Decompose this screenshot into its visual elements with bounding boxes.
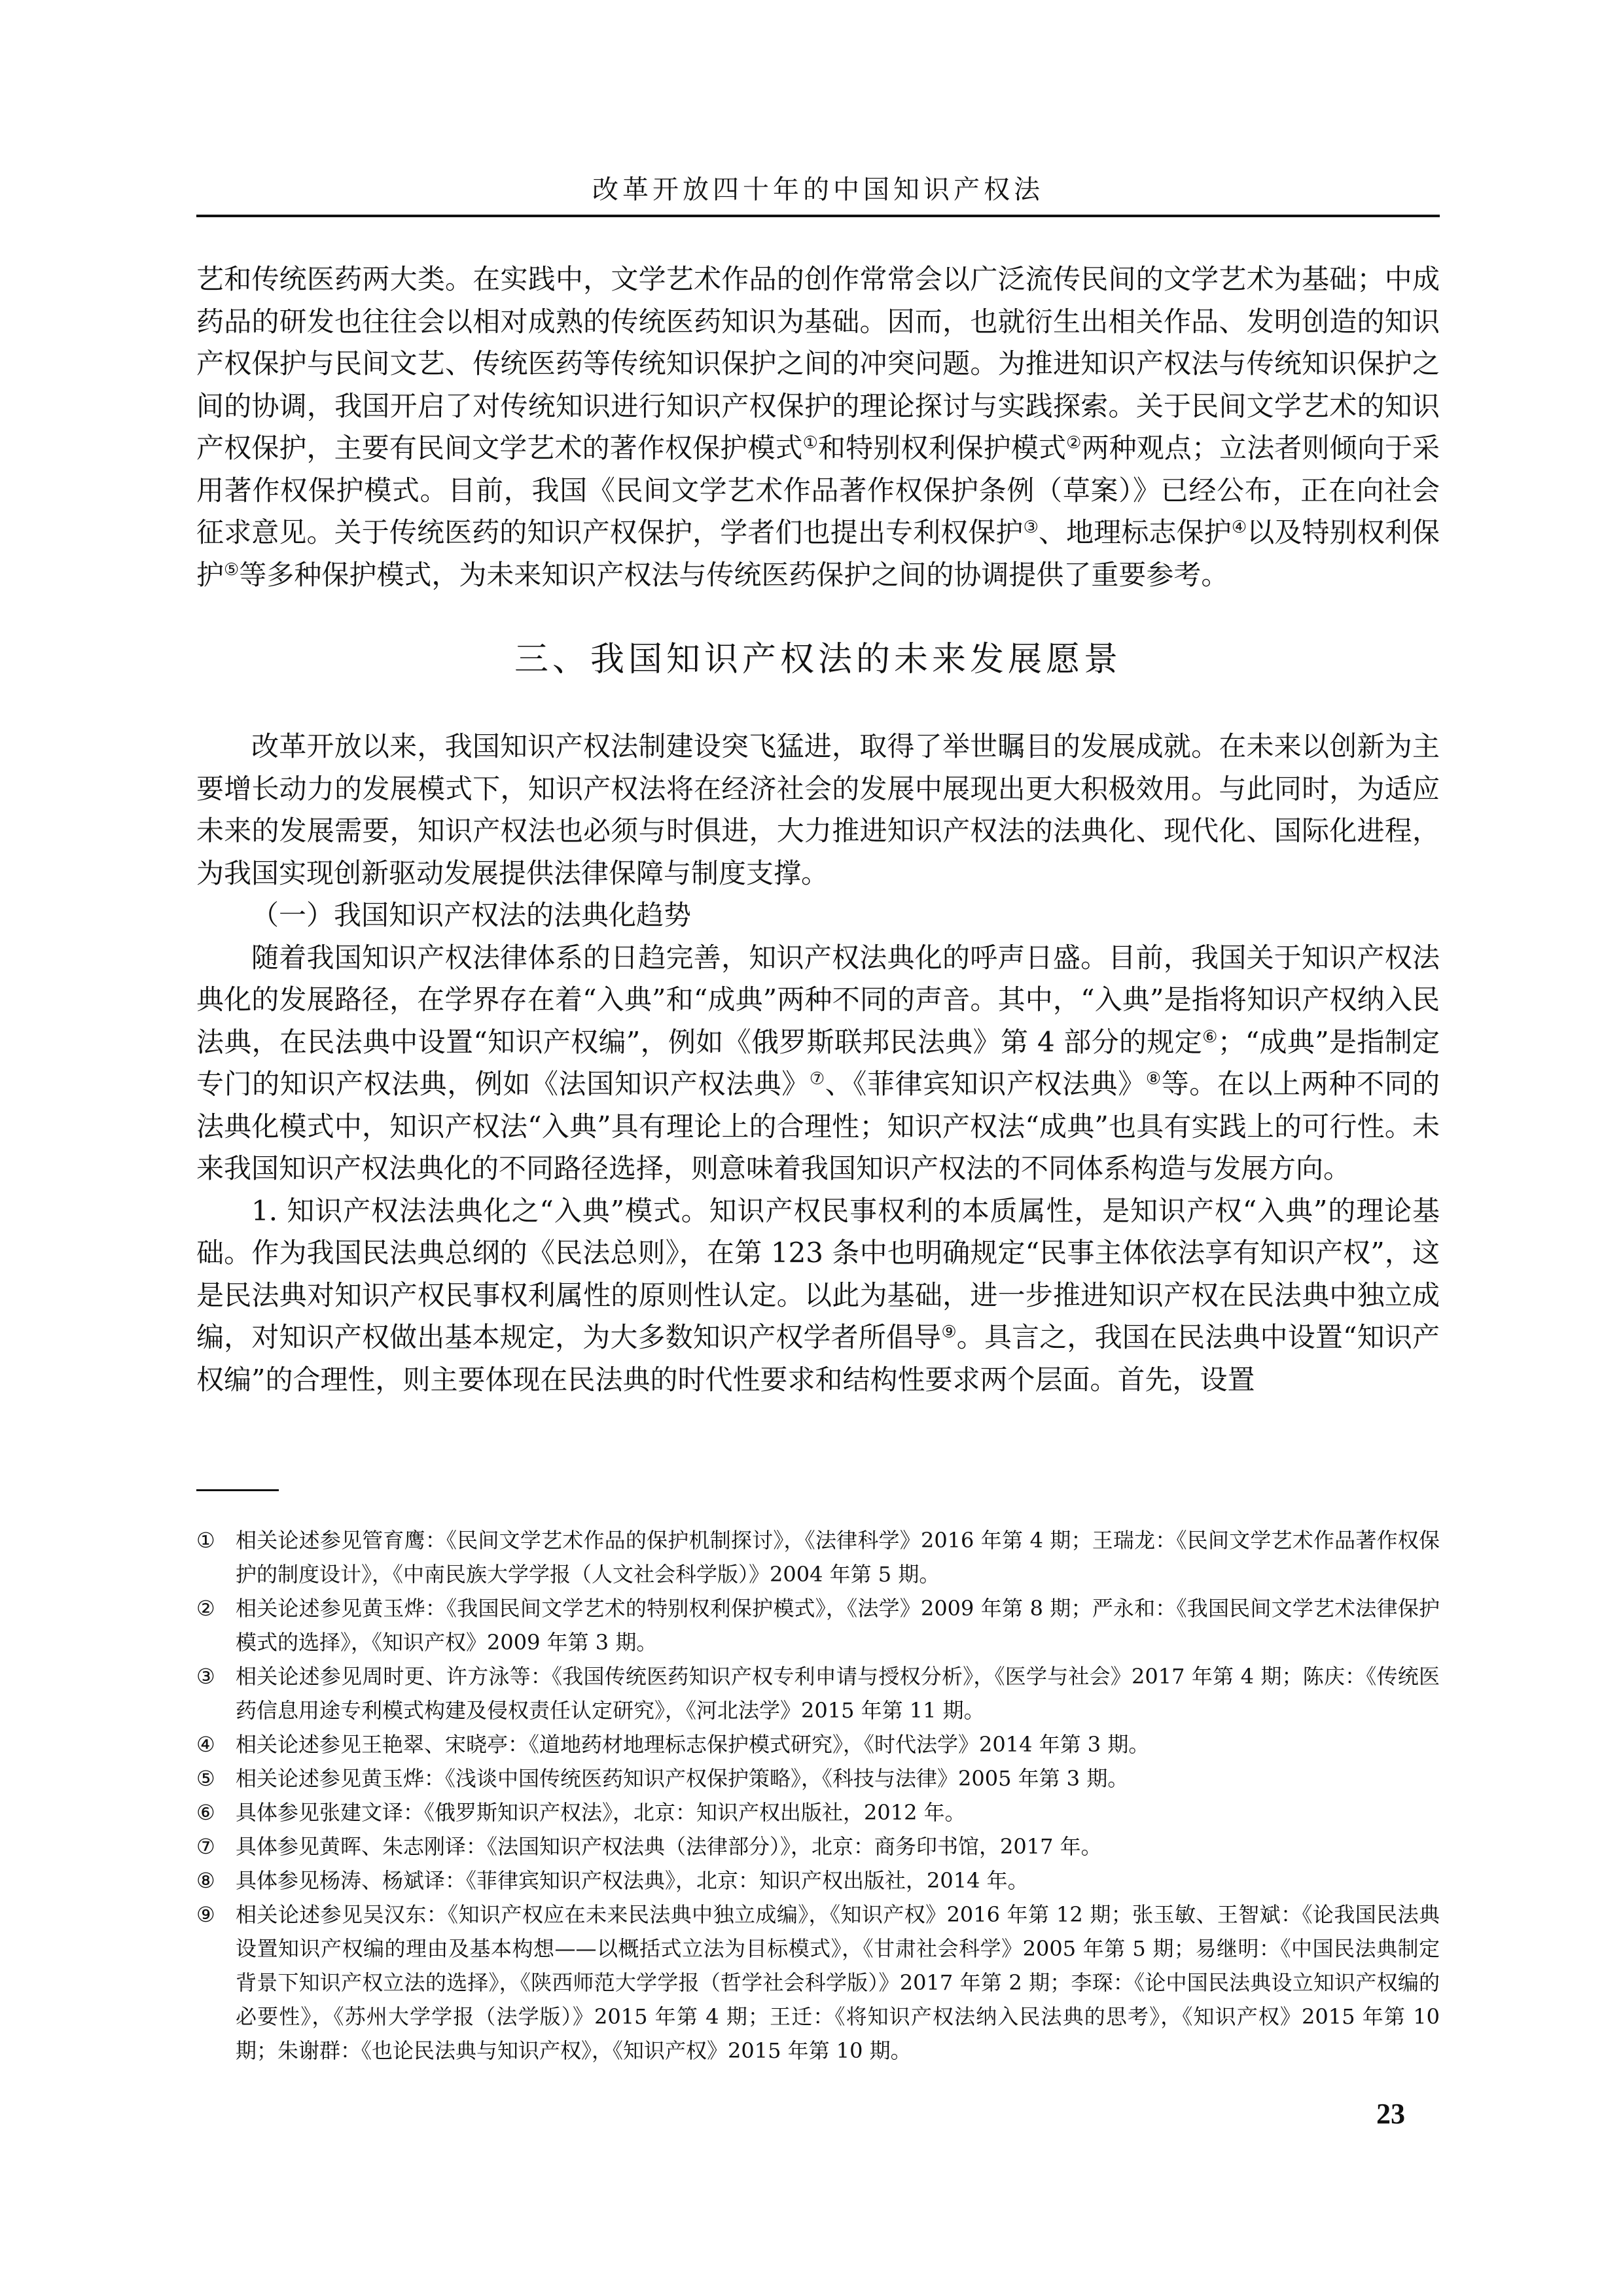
- paragraph-intro: 改革开放以来，我国知识产权法制建设突飞猛进，取得了举世瞩目的发展成就。在未来以创…: [196, 726, 1440, 894]
- footnote-ref-4[interactable]: ④: [1232, 518, 1247, 537]
- paragraph-civil-code-mode: 1. 知识产权法法典化之“入典”模式。知识产权民事权利的本质属性，是知识产权“入…: [196, 1190, 1440, 1402]
- text-run: 、地理标志保护: [1039, 516, 1232, 548]
- footnote-number: ⑧: [196, 1863, 236, 1898]
- footnote-number: ①: [196, 1523, 236, 1591]
- footnote-ref-5[interactable]: ⑤: [224, 560, 239, 580]
- footnote-item: ⑨相关论述参见吴汉东：《知识产权应在未来民法典中独立成编》，《知识产权》2016…: [196, 1898, 1440, 2068]
- footnote-ref-9[interactable]: ⑨: [941, 1322, 956, 1342]
- footnote-number: ②: [196, 1591, 236, 1659]
- footnote-ref-8[interactable]: ⑧: [1146, 1069, 1162, 1089]
- footnote-number: ③: [196, 1659, 236, 1727]
- footnote-number: ⑨: [196, 1898, 236, 2068]
- header-rule: [196, 215, 1440, 217]
- section-heading: 三、我国知识产权法的未来发展愿景: [196, 637, 1440, 682]
- text-run: 和特别权利保护模式: [818, 432, 1066, 464]
- footnote-text: 具体参见黄晖、朱志刚译：《法国知识产权法典（法律部分）》，北京：商务印书馆，20…: [236, 1829, 1440, 1863]
- text-run: 等多种保护模式，为未来知识产权法与传统医药保护之间的协调提供了重要参考。: [239, 559, 1228, 591]
- footnote-text: 相关论述参见吴汉东：《知识产权应在未来民法典中独立成编》，《知识产权》2016 …: [236, 1898, 1440, 2068]
- footnote-text: 具体参见杨涛、杨斌译：《菲律宾知识产权法典》，北京：知识产权出版社，2014 年…: [236, 1863, 1440, 1898]
- page-number: 23: [1376, 2097, 1405, 2130]
- footnote-item: ④相关论述参见王艳翠、宋晓亭：《道地药材地理标志保护模式研究》，《时代法学》20…: [196, 1727, 1440, 1761]
- footnote-item: ⑧具体参见杨涛、杨斌译：《菲律宾知识产权法典》，北京：知识产权出版社，2014 …: [196, 1863, 1440, 1898]
- text-run: 、《菲律宾知识产权法典》: [825, 1068, 1146, 1100]
- footnote-ref-6[interactable]: ⑥: [1202, 1027, 1218, 1047]
- footnote-number: ⑤: [196, 1761, 236, 1795]
- footnote-text: 相关论述参见周时更、许方泳等：《我国传统医药知识产权专利申请与授权分析》，《医学…: [236, 1659, 1440, 1727]
- footnote-item: ⑥具体参见张建文译：《俄罗斯知识产权法》，北京：知识产权出版社，2012 年。: [196, 1795, 1440, 1829]
- footnote-item: ⑦具体参见黄晖、朱志刚译：《法国知识产权法典（法律部分）》，北京：商务印书馆，2…: [196, 1829, 1440, 1863]
- running-head-title: 改革开放四十年的中国知识产权法: [196, 169, 1440, 206]
- footnote-ref-2[interactable]: ②: [1066, 433, 1081, 453]
- footnote-ref-7[interactable]: ⑦: [810, 1069, 825, 1089]
- footnote-item: ①相关论述参见管育鹰：《民间文学艺术作品的保护机制探讨》，《法律科学》2016 …: [196, 1523, 1440, 1591]
- subsection-heading: （一）我国知识产权法的法典化趋势: [196, 894, 1440, 937]
- footnote-text: 具体参见张建文译：《俄罗斯知识产权法》，北京：知识产权出版社，2012 年。: [236, 1795, 1440, 1829]
- footnote-ref-3[interactable]: ③: [1024, 518, 1039, 537]
- footnote-text: 相关论述参见黄玉烨：《浅谈中国传统医药知识产权保护策略》，《科技与法律》2005…: [236, 1761, 1440, 1795]
- footnote-text: 相关论述参见王艳翠、宋晓亭：《道地药材地理标志保护模式研究》，《时代法学》201…: [236, 1727, 1440, 1761]
- footnote-text: 相关论述参见管育鹰：《民间文学艺术作品的保护机制探讨》，《法律科学》2016 年…: [236, 1523, 1440, 1591]
- paragraph-traditional-knowledge: 艺和传统医药两大类。在实践中，文学艺术作品的创作常常会以广泛流传民间的文学艺术为…: [196, 258, 1440, 596]
- footnote-item: ⑤相关论述参见黄玉烨：《浅谈中国传统医药知识产权保护策略》，《科技与法律》200…: [196, 1761, 1440, 1795]
- footnote-item: ③相关论述参见周时更、许方泳等：《我国传统医药知识产权专利申请与授权分析》，《医…: [196, 1659, 1440, 1727]
- main-text: 艺和传统医药两大类。在实践中，文学艺术作品的创作常常会以广泛流传民间的文学艺术为…: [196, 258, 1440, 1401]
- footnote-number: ⑥: [196, 1795, 236, 1829]
- paragraph-codification: 随着我国知识产权法律体系的日趋完善，知识产权法典化的呼声日盛。目前，我国关于知识…: [196, 937, 1440, 1190]
- footnotes: ①相关论述参见管育鹰：《民间文学艺术作品的保护机制探讨》，《法律科学》2016 …: [196, 1523, 1440, 2068]
- footnote-item: ②相关论述参见黄玉烨：《我国民间文学艺术的特别权利保护模式》，《法学》2009 …: [196, 1591, 1440, 1659]
- footnote-number: ⑦: [196, 1829, 236, 1863]
- footnote-text: 相关论述参见黄玉烨：《我国民间文学艺术的特别权利保护模式》，《法学》2009 年…: [236, 1591, 1440, 1659]
- footnote-ref-1[interactable]: ①: [803, 433, 818, 453]
- footnote-rule: [196, 1489, 279, 1491]
- footnote-number: ④: [196, 1727, 236, 1761]
